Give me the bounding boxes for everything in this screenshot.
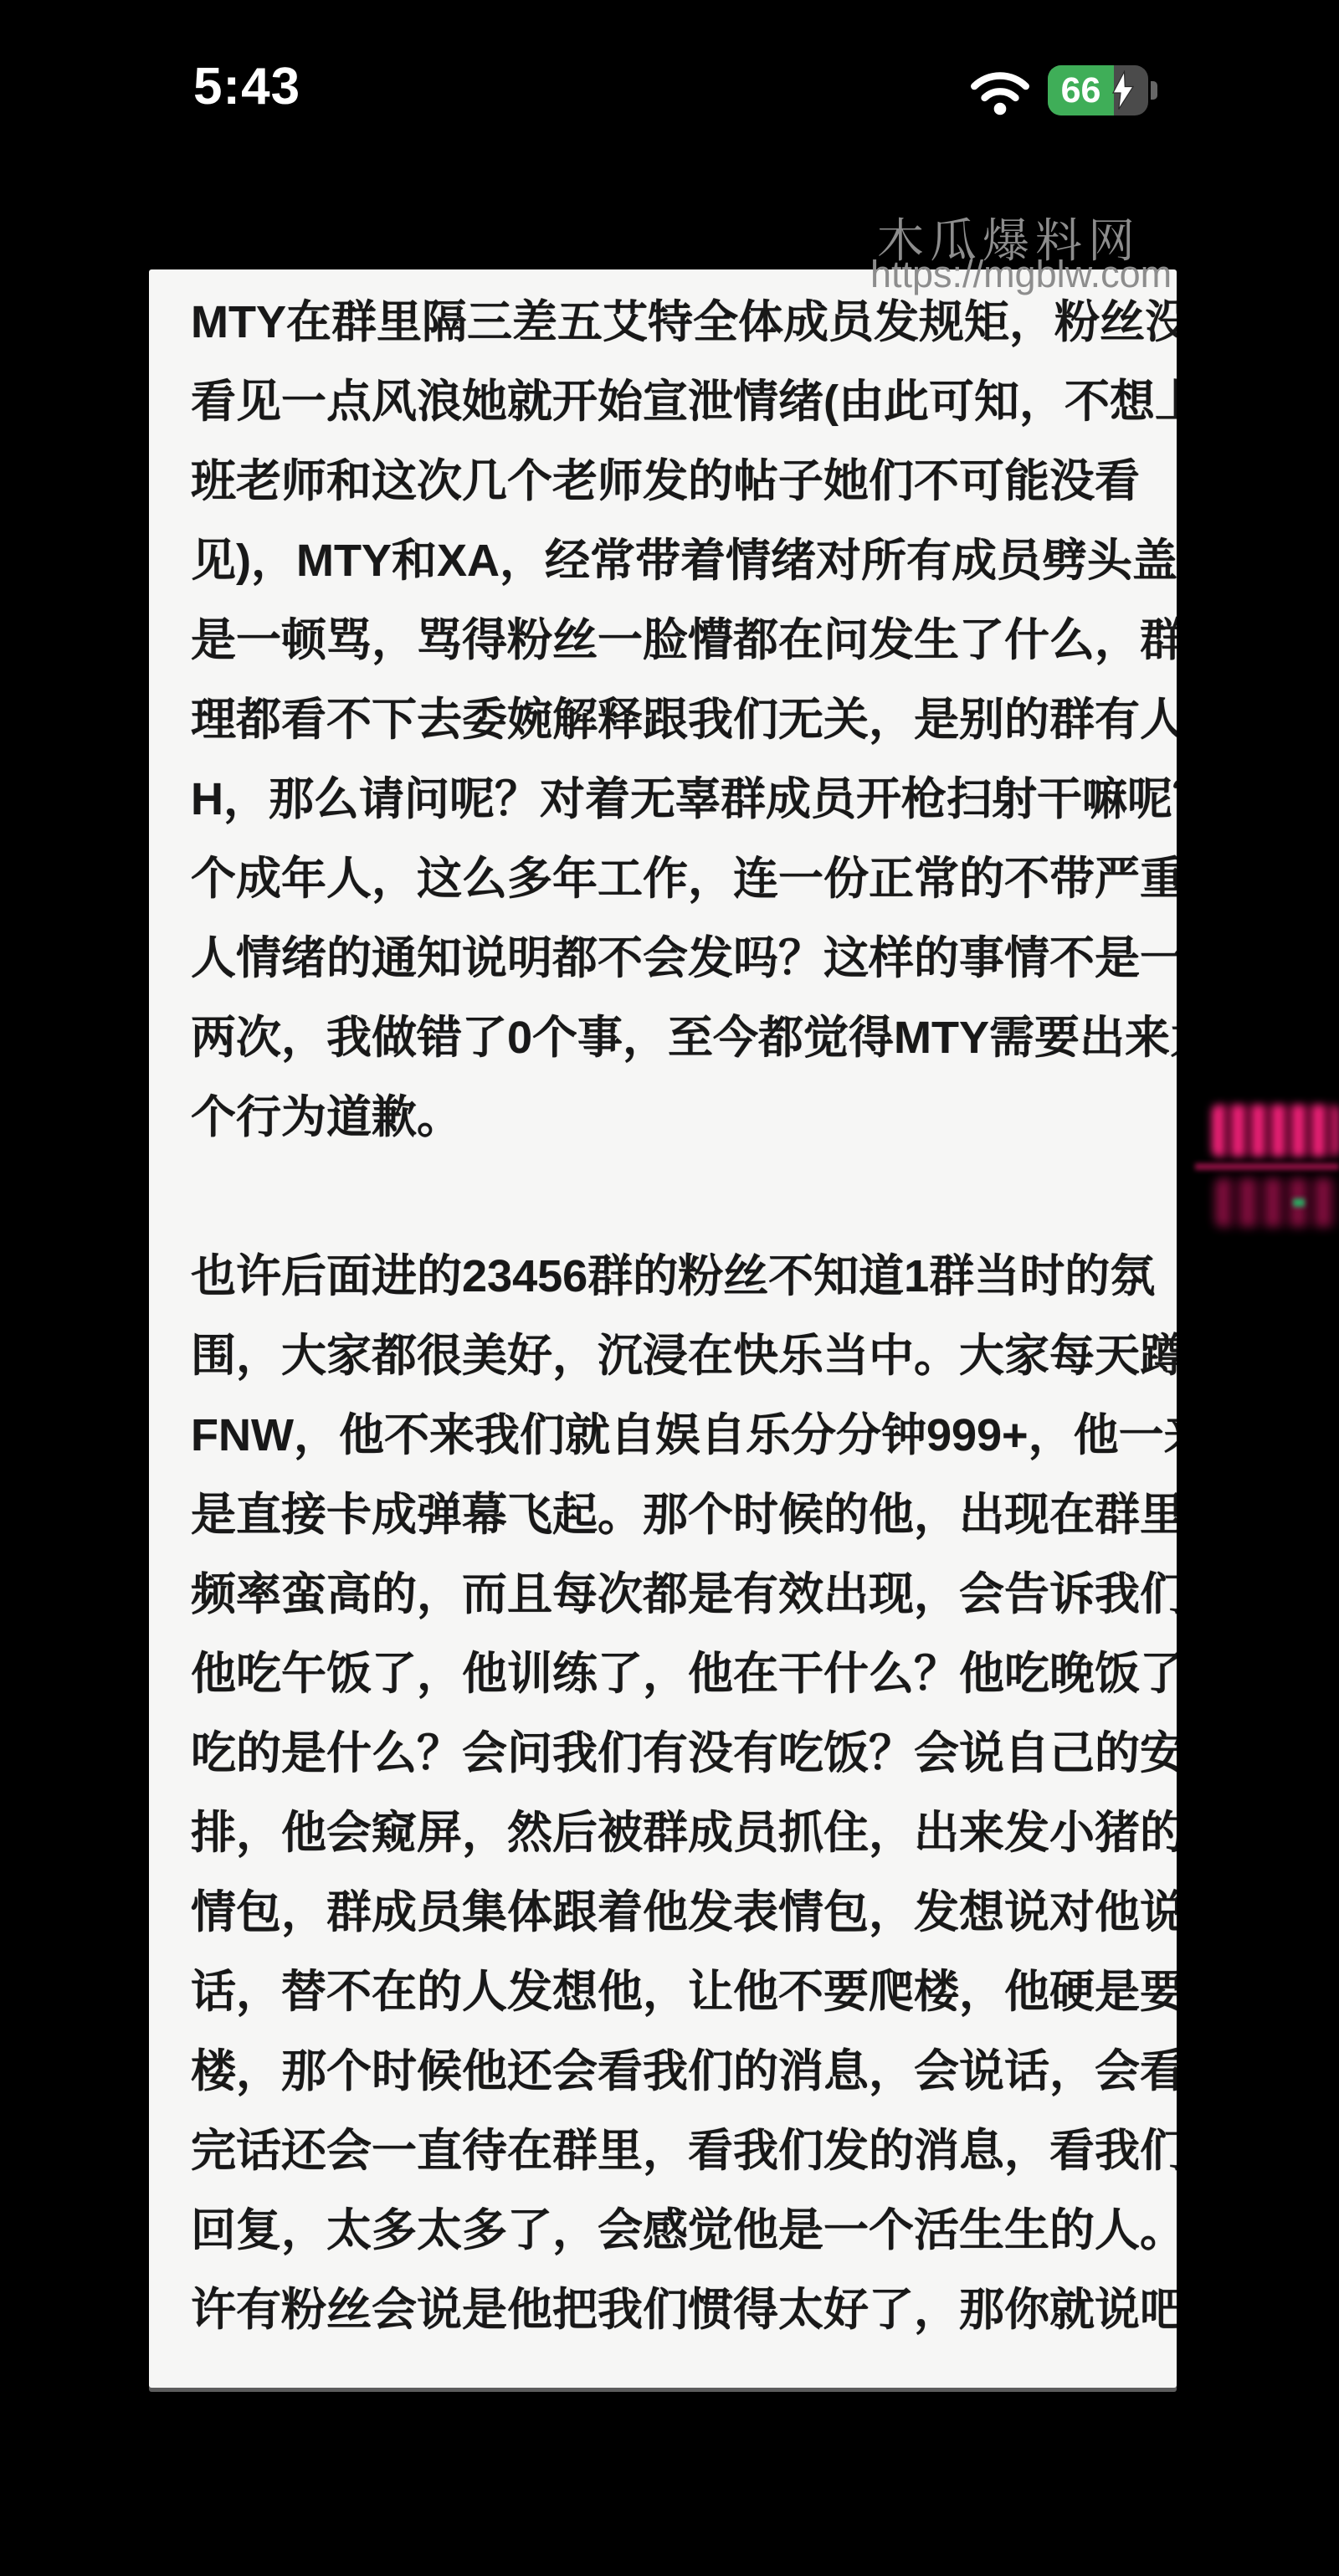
text-line: 回复，太多太多了，会感觉他是一个活生生的人。也 (191, 2191, 1172, 2271)
status-time: 5:43 (172, 57, 322, 116)
text-line: 频率蛮高的，而且每次都是有效出现，会告诉我们， (191, 1555, 1172, 1634)
paragraph-2: 也许后面进的23456群的粉丝不知道1群当时的氛 围，大家都很美好，沉浸在快乐当… (191, 1237, 1172, 2350)
text-line: 他吃午饭了，他训练了，他在干什么？他吃晚饭了，他 (191, 1634, 1172, 1714)
neon-glow-bottom (1215, 1178, 1339, 1227)
text-line: 是直接卡成弹幕飞起。那个时候的他，出现在群里的 (191, 1475, 1172, 1555)
paragraph-gap (191, 1157, 1172, 1237)
charging-bolt-icon (1106, 70, 1140, 110)
text-line: 吃的是什么？会问我们有没有吃饭？会说自己的安 (191, 1714, 1172, 1793)
text-line: 见)，MTY和XA，经常带着情绪对所有成员劈头盖脸就 (191, 521, 1172, 601)
battery-percent-label: 66 (1048, 65, 1114, 115)
text-line: 排，他会窥屏，然后被群成员抓住，出来发小猪的表 (191, 1793, 1172, 1873)
text-line: 班老师和这次几个老师发的帖子她们不可能没看 (191, 442, 1172, 521)
text-line: 围，大家都很美好，沉浸在快乐当中。大家每天蹲着 (191, 1316, 1172, 1396)
text-line: 楼，那个时候他还会看我们的消息，会说话，会看，说 (191, 2032, 1172, 2112)
text-line: 也许后面进的23456群的粉丝不知道1群当时的氛 (191, 1237, 1172, 1316)
text-line: 人情绪的通知说明都不会发吗？这样的事情不是一次 (191, 919, 1172, 998)
text-line: 理都看不下去委婉解释跟我们无关，是别的群有人开 (191, 680, 1172, 760)
text-line: 个行为道歉。 (191, 1078, 1172, 1157)
text-line: 看见一点风浪她就开始宣泄情绪(由此可知，不想上 (191, 362, 1172, 442)
text-line: 情包，群成员集体跟着他发表情包，发想说对他说的 (191, 1873, 1172, 1953)
battery-cap (1151, 81, 1157, 100)
document-content: MTY在群里隔三差五艾特全体成员发规矩，粉丝没有 看见一点风浪她就开始宣泄情绪(… (149, 269, 1177, 2350)
text-line: 话，替不在的人发想他，让他不要爬楼，他硬是要爬 (191, 1953, 1172, 2032)
text-line: 完话还会一直待在群里，看我们发的消息，看我们的 (191, 2112, 1172, 2191)
text-line: 许有粉丝会说是他把我们惯得太好了，那你就说吧。 (191, 2271, 1172, 2350)
neon-glow-line (1195, 1163, 1339, 1170)
neon-glow-top (1212, 1105, 1339, 1157)
text-line: H，那么请问呢？对着无辜群成员开枪扫射干嘛呢？一 (191, 760, 1172, 839)
text-line: 个成年人，这么多年工作，连一份正常的不带严重个 (191, 839, 1172, 919)
text-line: FNW，他不来我们就自娱自乐分分钟999+，他一来更 (191, 1396, 1172, 1475)
watermark-url: https://mgblw.com (870, 253, 1172, 296)
paragraph-1: MTY在群里隔三差五艾特全体成员发规矩，粉丝没有 看见一点风浪她就开始宣泄情绪(… (191, 283, 1172, 1157)
wifi-icon (967, 67, 1033, 117)
document-page: MTY在群里隔三差五艾特全体成员发规矩，粉丝没有 看见一点风浪她就开始宣泄情绪(… (149, 269, 1177, 2388)
phone-screen: 5:43 66 木瓜爆料网 https://mgblw.com (0, 0, 1339, 2576)
battery-icon: 66 (1048, 65, 1148, 115)
neon-green-speck (1293, 1198, 1305, 1207)
text-line: 是一顿骂，骂得粉丝一脸懵都在问发生了什么，群管 (191, 601, 1172, 680)
text-line: 两次，我做错了0个事，至今都觉得MTY需要出来为这 (191, 998, 1172, 1078)
